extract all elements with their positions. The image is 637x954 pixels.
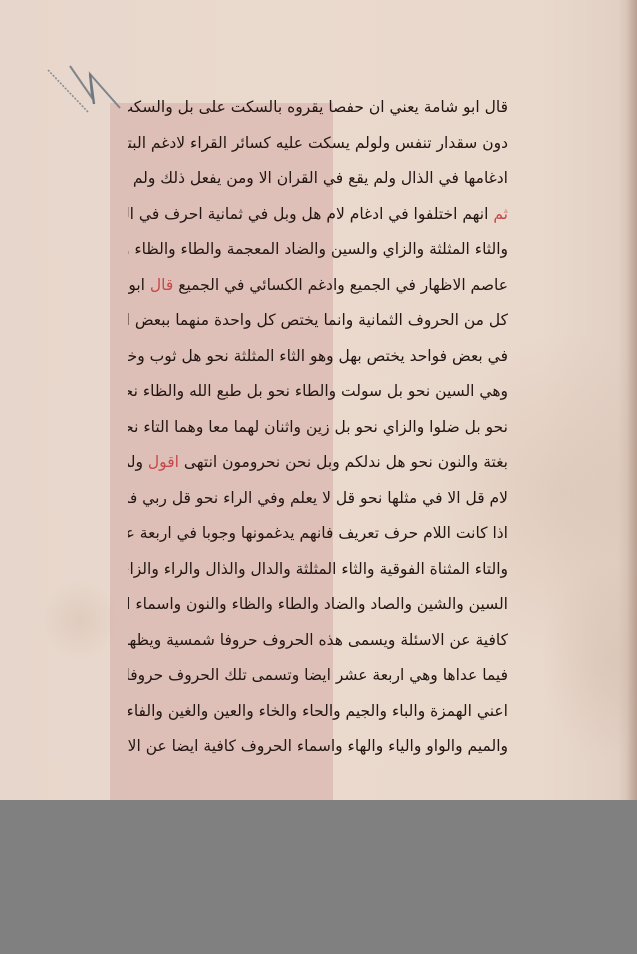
line-text: انهم اختلفوا في ادغام لام هل وبل في ثمان…	[128, 205, 488, 223]
line-text: والميم والواو والياء والهاء واسماء الحرو…	[128, 737, 508, 755]
text-line: قال ابو شامة يعني ان حفصا يقروه بالسكت ع…	[128, 90, 508, 126]
rubric-word: ثم	[493, 205, 508, 223]
text-line: نحو بل ضلوا والزاي نحو بل زين واثنان لهم…	[128, 410, 508, 446]
text-line: والميم والواو والياء والهاء واسماء الحرو…	[128, 729, 508, 765]
text-line: اعني الهمزة والباء والجيم والحاء والخاء …	[128, 694, 508, 730]
text-line: عاصم الاظهار في الجميع وادغم الكسائي في …	[128, 268, 508, 304]
text-line: بغتة والنون نحو هل ندلكم وبل نحن نحرومون…	[128, 445, 508, 481]
scan-backdrop	[0, 800, 637, 954]
text-line: ثم انهم اختلفوا في ادغام لام هل وبل في ث…	[128, 197, 508, 233]
manuscript-text: قال ابو شامة يعني ان حفصا يقروه بالسكت ع…	[128, 90, 508, 765]
text-line: في بعض فواحد يختص بهل وهو الثاء المثلثة …	[128, 339, 508, 375]
text-line: كل من الحروف الثمانية وانما يختص كل واحد…	[128, 303, 508, 339]
line-text: بغتة والنون نحو هل ندلكم وبل نحن نحرومون…	[184, 453, 508, 471]
text-line: والتاء المثناة الفوقية والثاء المثلثة وا…	[128, 552, 508, 588]
manuscript-page: قال ابو شامة يعني ان حفصا يقروه بالسكت ع…	[0, 0, 637, 800]
text-line: فيما عداها وهي اربعة عشر ايضا وتسمى تلك …	[128, 658, 508, 694]
line-text: ابو شامة ليس كل منهما تلتقي في القران مع	[128, 276, 145, 294]
paper-stain	[40, 580, 120, 660]
line-text: ولم يروعنهم ادغام	[128, 453, 143, 471]
text-line: وهي السين نحو بل سولت والطاء نحو بل طبع …	[128, 374, 508, 410]
text-line: والثاء المثلثة والزاي والسين والضاد المع…	[128, 232, 508, 268]
text-line: ادغامها في الذال ولم يقع في القران الا و…	[128, 161, 508, 197]
text-line: اذا كانت اللام حرف تعريف فانهم يدغمونها …	[128, 516, 508, 552]
page-edge-shadow	[627, 0, 637, 800]
text-line: كافية عن الاسئلة ويسمى هذه الحروف حروفا …	[128, 623, 508, 659]
text-line: دون سقدار تنفس ولولم يسكت عليه كسائر الق…	[128, 126, 508, 162]
text-line: السين والشين والصاد والضاد والطاء والظاء…	[128, 587, 508, 623]
text-line: لام قل الا في مثلها نحو قل لا يعلم وفي ا…	[128, 481, 508, 517]
line-text: عاصم الاظهار في الجميع وادغم الكسائي في …	[178, 276, 508, 294]
rubric-word: قال	[150, 276, 173, 294]
rubric-word: اقول	[148, 453, 179, 471]
pencil-folio-mark-icon	[40, 60, 130, 120]
